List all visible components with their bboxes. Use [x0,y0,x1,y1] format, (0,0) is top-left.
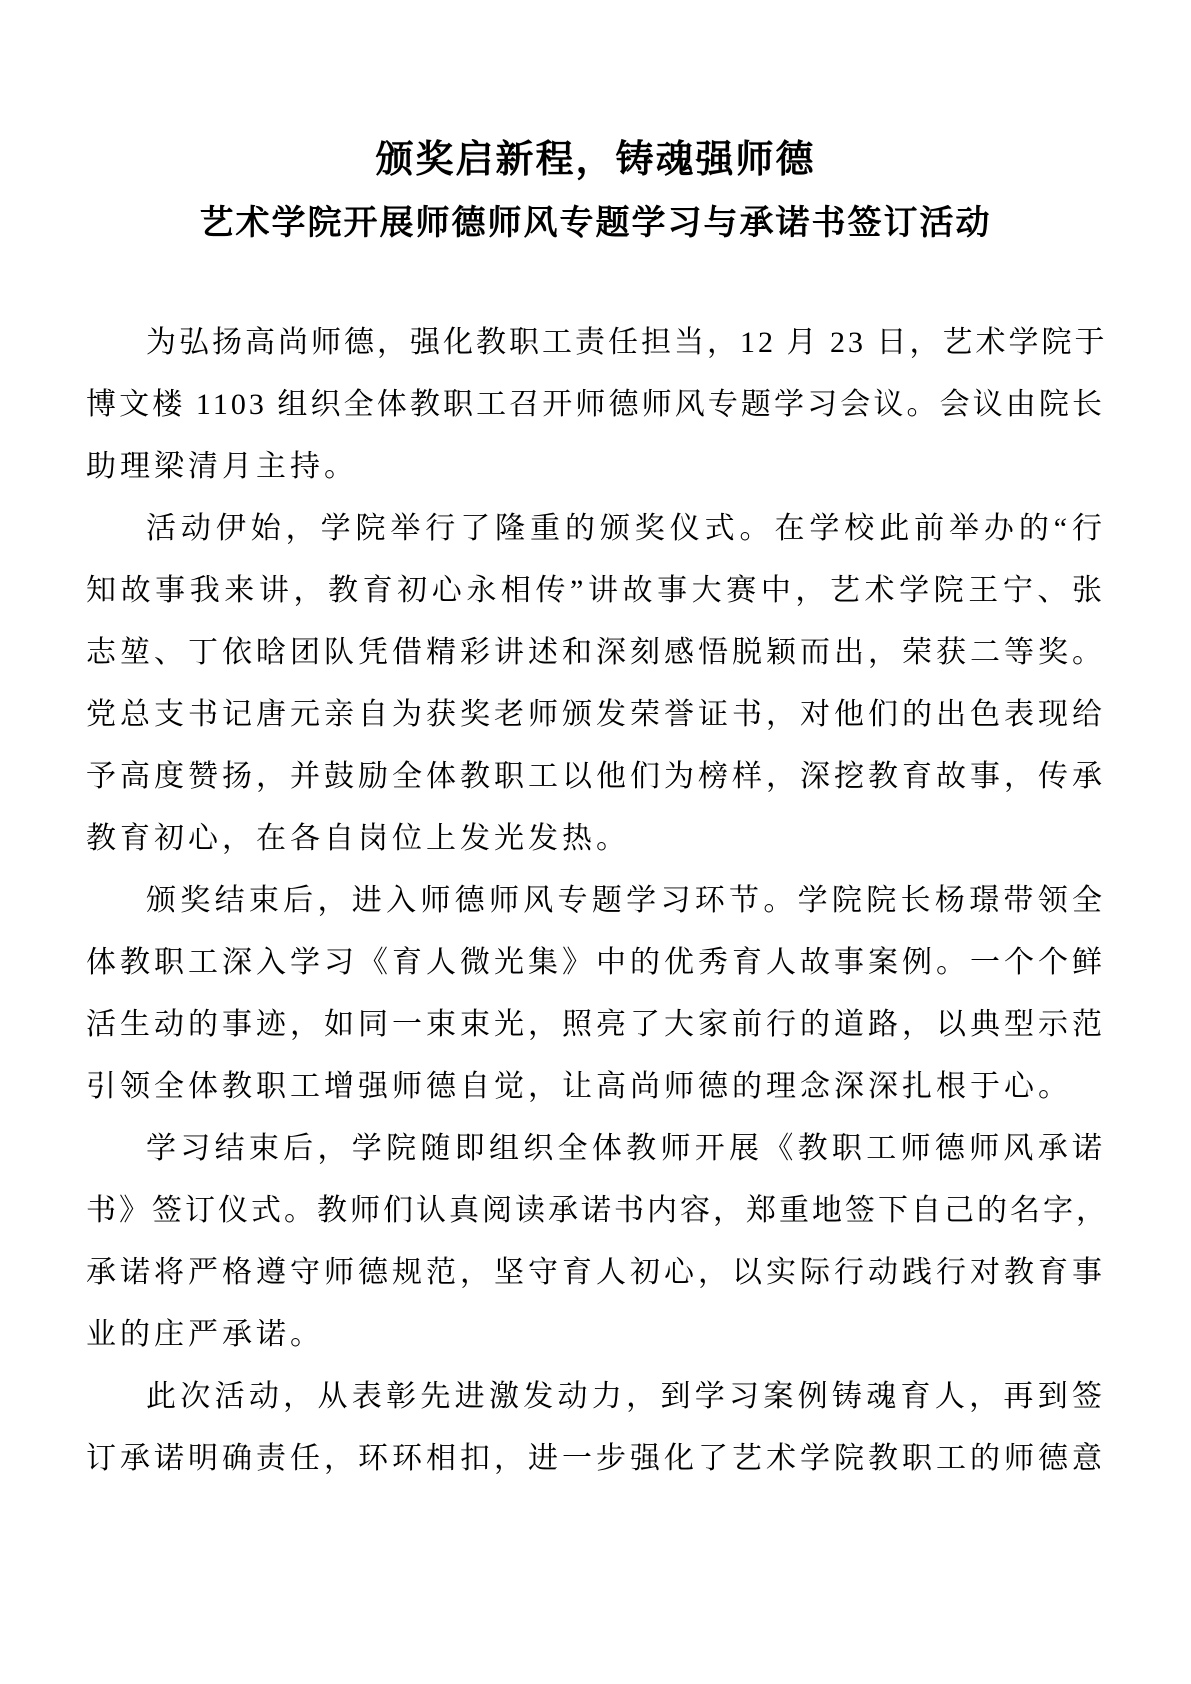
text-line: 教育初心，在各自岗位上发光发热。 [86,808,1105,870]
document-page: 颁奖启新程，铸魂强师德 艺术学院开展师德师风专题学习与承诺书签订活动 为弘扬高尚… [0,0,1191,1684]
text-line: 为弘扬高尚师德，强化教职工责任担当，12 月 23 日，艺术学院于 [86,312,1105,374]
document-subtitle: 艺术学院开展师德师风专题学习与承诺书签订活动 [86,202,1105,246]
text-line: 活生动的事迹，如同一束束光，照亮了大家前行的道路，以典型示范 [86,994,1105,1056]
paragraph-3: 颁奖结束后，进入师德师风专题学习环节。学院院长杨璟带领全 体教职工深入学习《育人… [86,870,1105,1118]
text-line: 知故事我来讲，教育初心永相传”讲故事大赛中，艺术学院王宁、张 [86,560,1105,622]
text-line: 体教职工深入学习《育人微光集》中的优秀育人故事案例。一个个鲜 [86,932,1105,994]
text-line: 志堃、丁依晗团队凭借精彩讲述和深刻感悟脱颖而出，荣获二等奖。 [86,622,1105,684]
text-line: 书》签订仪式。教师们认真阅读承诺书内容，郑重地签下自己的名字， [86,1180,1105,1242]
text-line: 业的庄严承诺。 [86,1304,1105,1366]
paragraph-1: 为弘扬高尚师德，强化教职工责任担当，12 月 23 日，艺术学院于 博文楼 11… [86,312,1105,498]
text-line: 予高度赞扬，并鼓励全体教职工以他们为榜样，深挖教育故事，传承 [86,746,1105,808]
text-line: 引领全体教职工增强师德自觉，让高尚师德的理念深深扎根于心。 [86,1056,1105,1118]
text-line: 助理梁清月主持。 [86,436,1105,498]
text-line: 党总支书记唐元亲自为获奖老师颁发荣誉证书，对他们的出色表现给 [86,684,1105,746]
paragraph-2: 活动伊始，学院举行了隆重的颁奖仪式。在学校此前举办的“行 知故事我来讲，教育初心… [86,498,1105,870]
text-line: 此次活动，从表彰先进激发动力，到学习案例铸魂育人，再到签 [86,1366,1105,1428]
text-line: 学习结束后，学院随即组织全体教师开展《教职工师德师风承诺 [86,1118,1105,1180]
text-line: 订承诺明确责任，环环相扣，进一步强化了艺术学院教职工的师德意 [86,1428,1105,1490]
text-line: 活动伊始，学院举行了隆重的颁奖仪式。在学校此前举办的“行 [86,498,1105,560]
text-line: 颁奖结束后，进入师德师风专题学习环节。学院院长杨璟带领全 [86,870,1105,932]
document-title: 颁奖启新程，铸魂强师德 [86,138,1105,182]
text-line: 博文楼 1103 组织全体教职工召开师德师风专题学习会议。会议由院长 [86,374,1105,436]
text-line: 承诺将严格遵守师德规范，坚守育人初心，以实际行动践行对教育事 [86,1242,1105,1304]
paragraph-5: 此次活动，从表彰先进激发动力，到学习案例铸魂育人，再到签 订承诺明确责任，环环相… [86,1366,1105,1490]
paragraph-4: 学习结束后，学院随即组织全体教师开展《教职工师德师风承诺 书》签订仪式。教师们认… [86,1118,1105,1366]
document-body: 为弘扬高尚师德，强化教职工责任担当，12 月 23 日，艺术学院于 博文楼 11… [86,312,1105,1490]
